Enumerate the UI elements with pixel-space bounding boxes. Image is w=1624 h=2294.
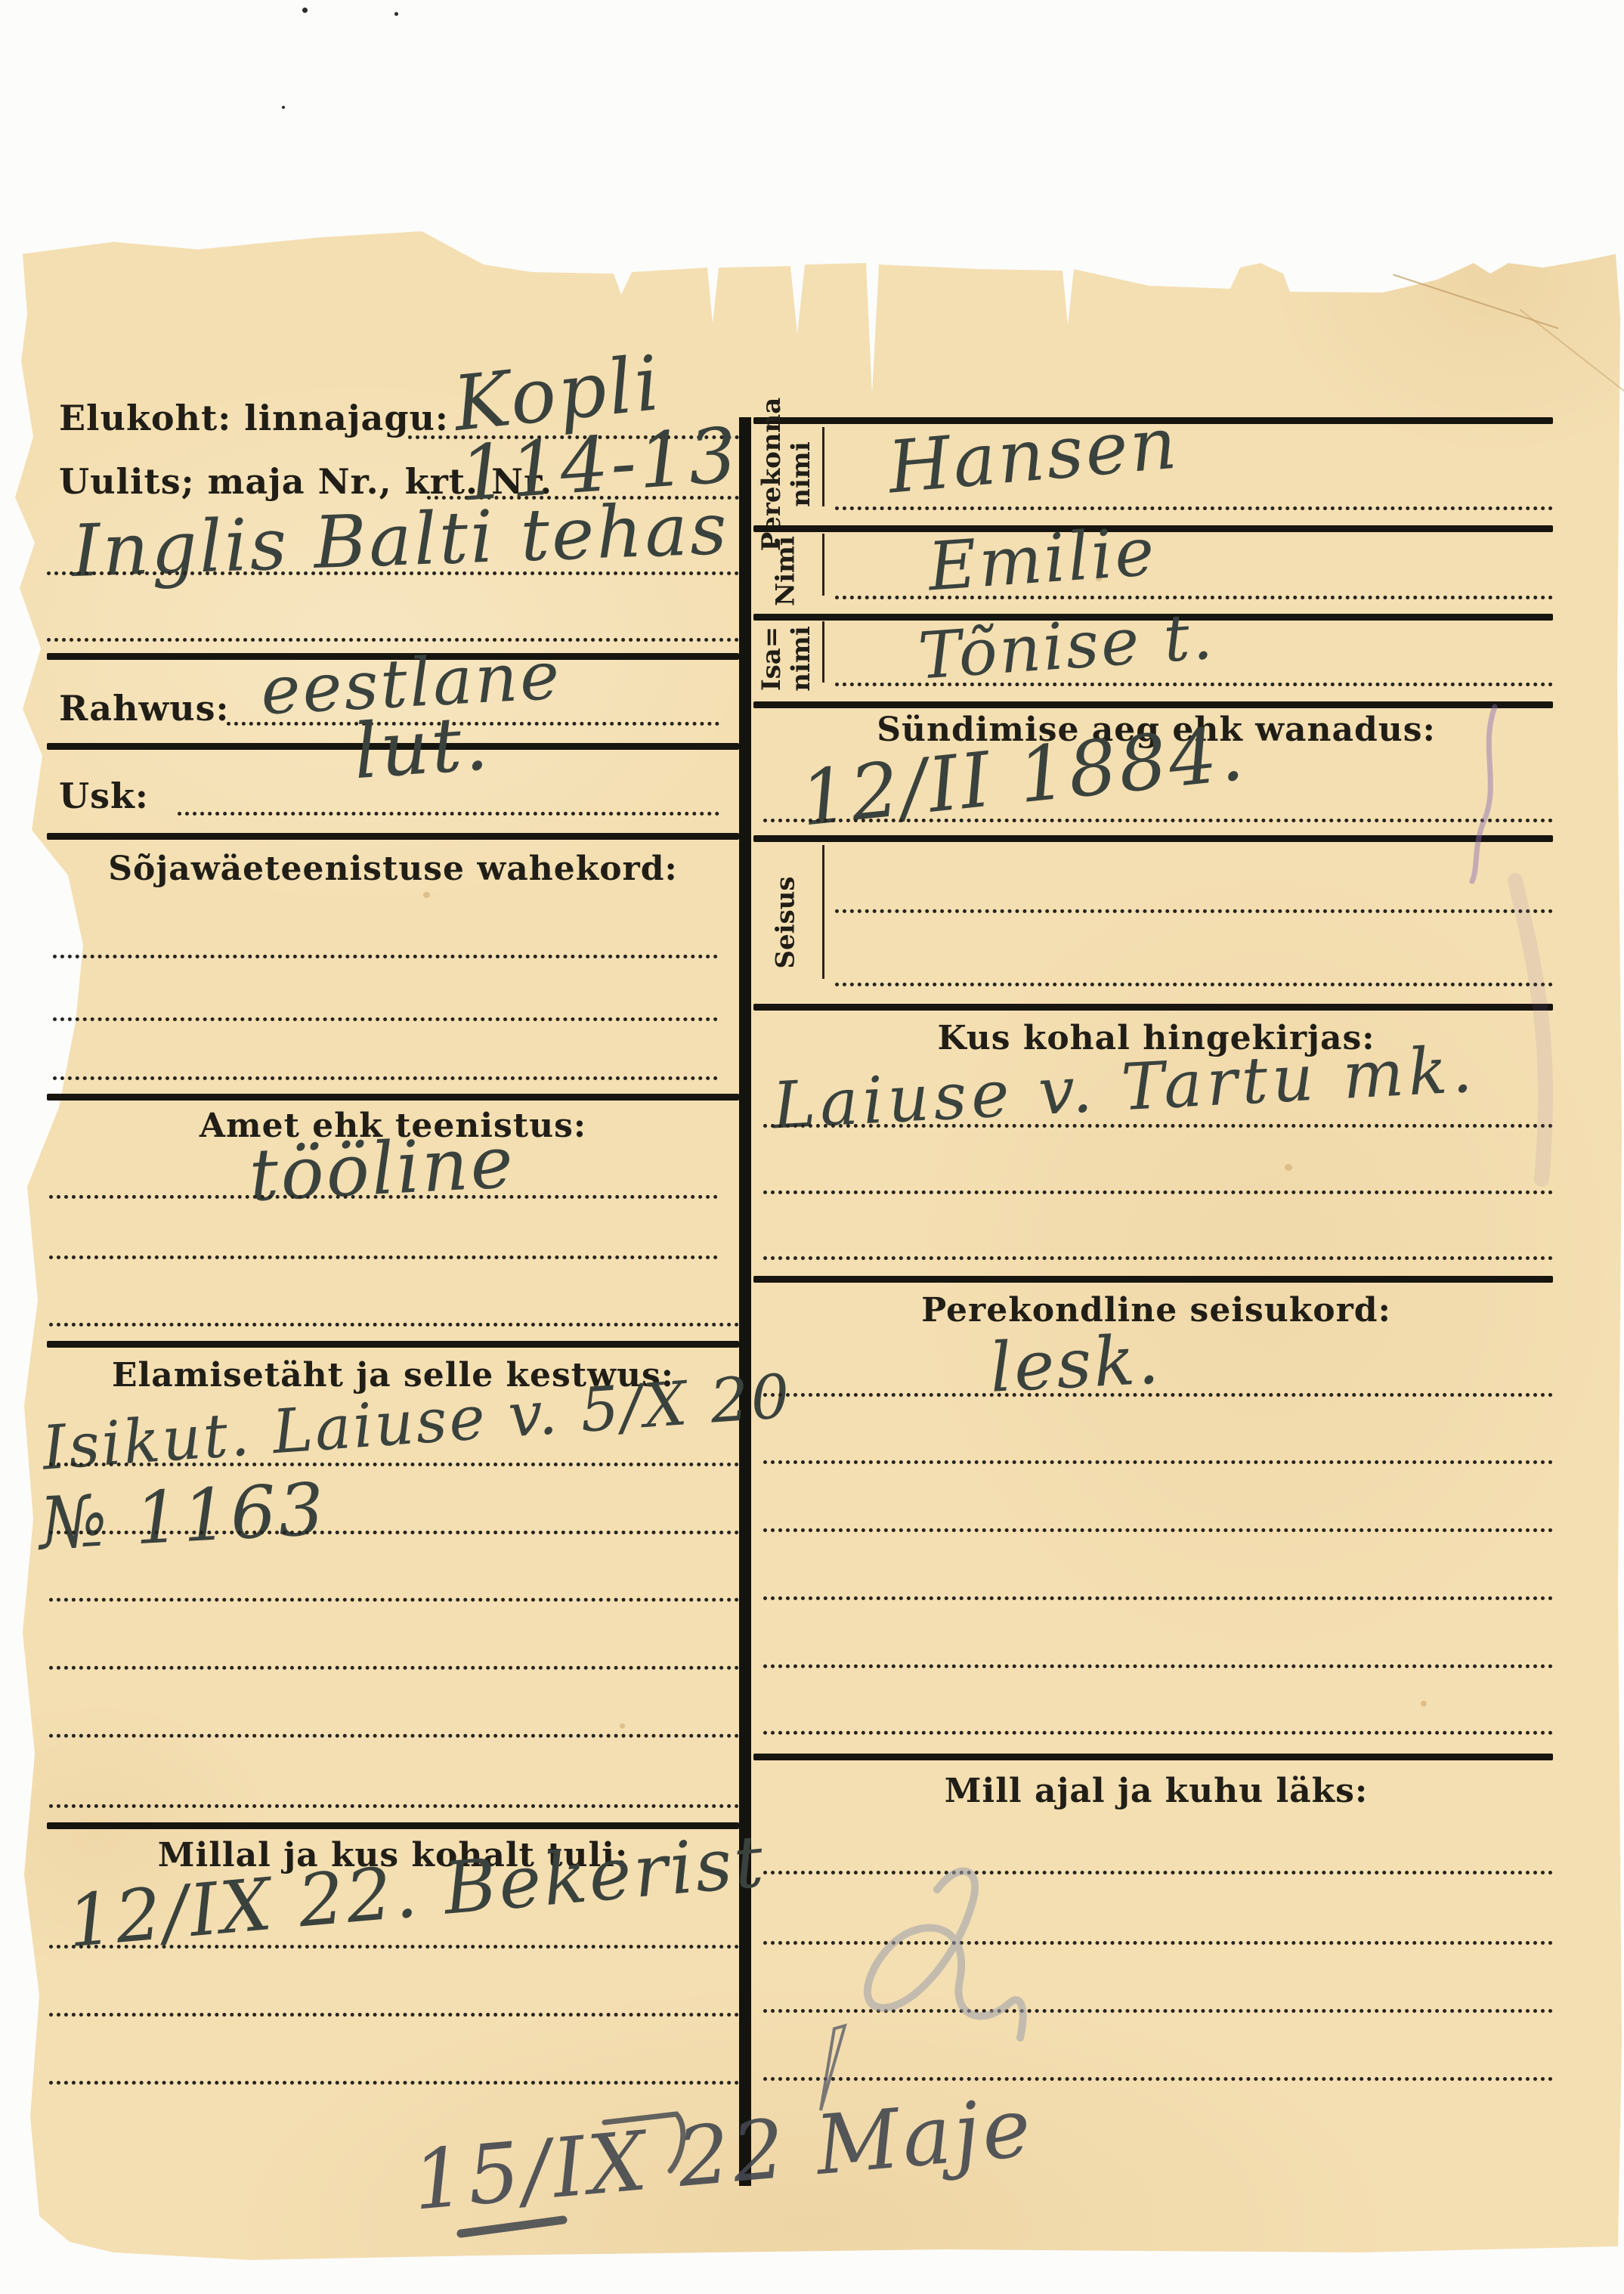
dotted-rule — [49, 1804, 739, 1808]
label-separator-rule — [822, 534, 824, 596]
dotted-rule — [763, 1393, 1553, 1397]
first-name-label: Nimi — [750, 528, 822, 615]
dotted-rule — [53, 955, 718, 958]
paper-fleck — [423, 892, 430, 898]
dotted-rule — [835, 596, 1553, 599]
dotted-rule — [49, 1463, 739, 1466]
dotted-rule — [47, 571, 739, 575]
occupation-value-handwriting: tööline — [247, 1121, 517, 1218]
section-divider-rule — [753, 1276, 1553, 1283]
dotted-rule — [53, 1017, 718, 1021]
dotted-rule — [49, 2081, 739, 2085]
paper-sheet — [0, 0, 1624, 2294]
dotted-rule — [763, 1731, 1553, 1735]
paper-fleck — [1285, 1164, 1292, 1171]
dotted-rule — [763, 1528, 1553, 1532]
label-separator-rule — [822, 845, 824, 979]
section-divider-rule — [753, 1004, 1553, 1011]
dotted-rule — [763, 819, 1553, 822]
dotted-rule — [835, 983, 1553, 986]
paper-fleck — [1421, 1701, 1427, 1707]
column-divider-rule — [739, 417, 751, 2186]
scan-speck — [282, 106, 285, 109]
religion-value-handwriting: lut. — [351, 698, 493, 796]
paper-fleck — [620, 1723, 625, 1729]
dotted-rule — [763, 1941, 1553, 1945]
dotted-rule — [47, 638, 739, 642]
scan-speck — [302, 8, 308, 13]
dotted-rule — [763, 1124, 1553, 1128]
dotted-rule — [49, 1195, 718, 1199]
dotted-rule — [53, 1076, 718, 1080]
section-divider-rule — [753, 701, 1553, 708]
religion-label: Usk: — [59, 777, 149, 816]
first-name-value-handwriting: Emilie — [926, 512, 1159, 606]
dotted-rule — [835, 506, 1553, 510]
dotted-rule — [763, 2077, 1553, 2081]
dotted-rule — [763, 1664, 1553, 1668]
dotted-rule — [763, 1596, 1553, 1600]
section-divider-rule — [47, 1094, 739, 1101]
dotted-rule — [763, 1256, 1553, 1260]
dotted-rule — [763, 2009, 1553, 2013]
dotted-rule — [763, 1871, 1553, 1875]
dotted-rule — [49, 1255, 718, 1259]
dotted-rule — [49, 1945, 739, 1949]
section-divider-rule — [47, 1341, 739, 1348]
dotted-rule — [49, 1531, 739, 1534]
label-separator-rule — [822, 427, 824, 506]
dotted-rule — [49, 1323, 739, 1327]
residence-permit-value2-handwriting: № 1163 — [37, 1468, 328, 1566]
father-name-label: Isa= nimi — [750, 615, 822, 703]
military-service-header: Sõjawäeteenistuse wahekord: — [45, 851, 741, 887]
label-separator-rule — [822, 621, 824, 683]
scanned-registration-card: { "colors": { "paper": "#f4dfb2", "print… — [0, 0, 1624, 2294]
section-divider-rule — [47, 1822, 739, 1829]
scan-speck — [394, 12, 398, 16]
dotted-rule — [178, 812, 719, 816]
dotted-rule — [835, 683, 1553, 686]
dotted-rule — [763, 1460, 1553, 1464]
dotted-rule — [49, 2013, 739, 2017]
dotted-rule — [763, 1190, 1553, 1194]
dotted-rule — [835, 909, 1553, 913]
dotted-rule — [49, 1598, 739, 1602]
residence-label: Elukoht: linnajagu: — [59, 399, 449, 438]
section-divider-rule — [47, 833, 739, 840]
surname-label: Perekonna nimi — [750, 422, 822, 527]
nationality-label: Rahwus: — [59, 689, 229, 728]
estate-label: Seisus — [750, 837, 822, 1008]
dotted-rule — [49, 1734, 739, 1738]
departure-header: Mill ajal ja kuhu läks: — [759, 1773, 1553, 1810]
section-divider-rule — [753, 835, 1553, 842]
dotted-rule — [49, 1666, 739, 1670]
section-divider-rule — [753, 1754, 1553, 1760]
